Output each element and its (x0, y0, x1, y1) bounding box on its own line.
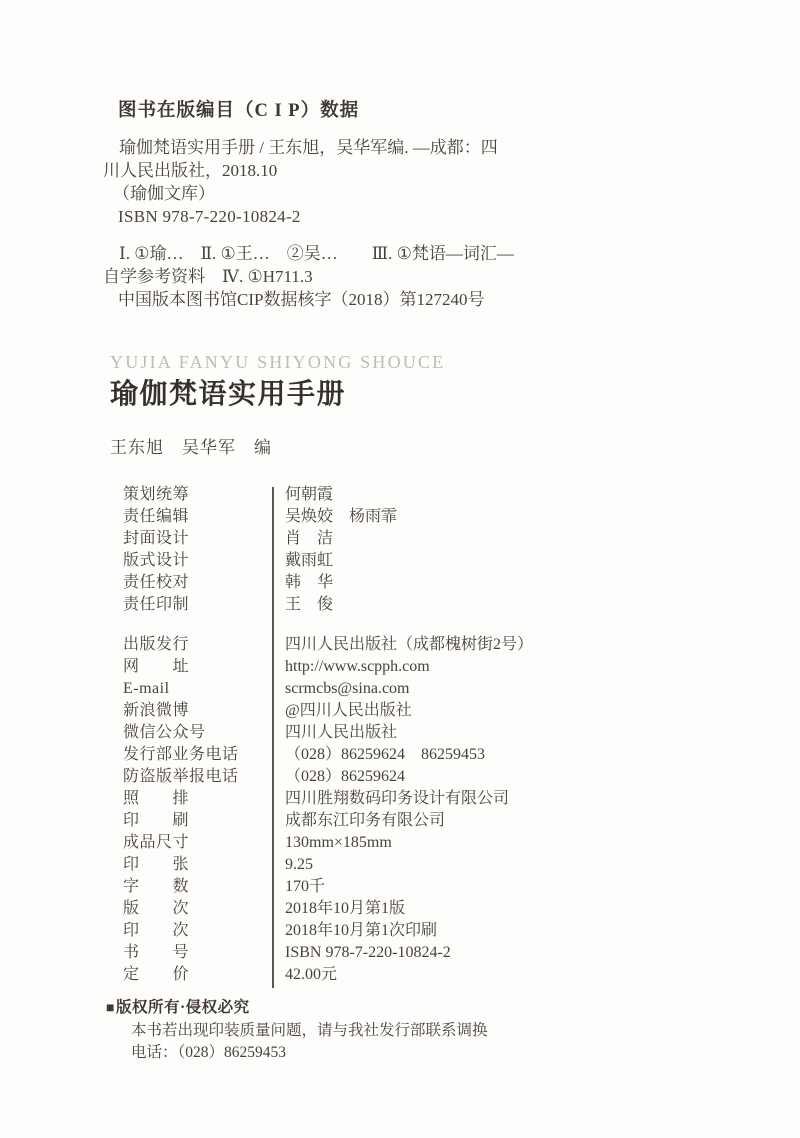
colophon-row: 责任编辑吴焕姣 杨雨霏 (123, 506, 703, 528)
column-divider-line (272, 487, 274, 988)
colophon-label: 微信公众号 (123, 722, 285, 744)
colophon-label: 印 次 (123, 920, 285, 942)
book-title: 瑜伽梵语实用手册 (110, 378, 445, 412)
text-line: ISBN 978-7-220-10824-2 (103, 205, 655, 228)
colophon-row: 书 号ISBN 978-7-220-10824-2 (123, 942, 703, 964)
colophon-row: 印 刷成都东江印务有限公司 (123, 810, 703, 832)
colophon-label: 策划统筹 (123, 484, 285, 506)
colophon-value: 吴焕姣 杨雨霏 (285, 506, 397, 528)
colophon-row: 照 排四川胜翔数码印务设计有限公司 (123, 788, 703, 810)
cip-classification: Ⅰ. ①瑜… Ⅱ. ①王… ②吴… Ⅲ. ①梵语—词汇—自学参考资料 Ⅳ. ①H… (103, 242, 655, 288)
colophon-value: scrmcbs@sina.com (285, 678, 409, 700)
legal-notice-block: ■版权所有·侵权必究 本书若出现印装质量问题，请与我社发行部联系调换 电话：（0… (106, 997, 488, 1064)
colophon-row: 版式设计戴雨虹 (123, 550, 703, 572)
colophon-row: 定 价42.00元 (123, 964, 703, 986)
colophon-label: 版 次 (123, 898, 285, 920)
authors-line: 王东旭 吴华军 编 (110, 433, 445, 458)
text-line: 川人民出版社，2018.10 (103, 159, 655, 182)
publishing-section: 出版发行四川人民出版社（成都槐树街2号）网 址http://www.scpph.… (123, 634, 703, 986)
colophon-row: 印 次2018年10月第1次印刷 (123, 920, 703, 942)
colophon-row: 防盗版举报电话（028）86259624 (123, 766, 703, 788)
colophon-label: E-mail (123, 678, 285, 700)
colophon-row: 成品尺寸130mm×185mm (123, 832, 703, 854)
text-line: 自学参考资料 Ⅳ. ①H711.3 (103, 265, 655, 288)
credits-section: 策划统筹何朝霞责任编辑吴焕姣 杨雨霏封面设计肖 洁版式设计戴雨虹责任校对韩 华责… (123, 484, 703, 616)
colophon-label: 成品尺寸 (123, 832, 285, 854)
colophon-value: 2018年10月第1次印刷 (285, 920, 437, 942)
text-line: （瑜伽文库） (103, 182, 655, 205)
colophon-label: 新浪微博 (123, 700, 285, 722)
cip-registry-number: 中国版本图书馆CIP数据核字（2018）第127240号 (103, 288, 655, 311)
colophon-label: 发行部业务电话 (123, 744, 285, 766)
colophon-value: 戴雨虹 (285, 550, 333, 572)
colophon-table: 策划统筹何朝霞责任编辑吴焕姣 杨雨霏封面设计肖 洁版式设计戴雨虹责任校对韩 华责… (123, 484, 703, 986)
colophon-value: 肖 洁 (285, 528, 333, 550)
colophon-value: （028）86259624 86259453 (285, 744, 485, 766)
colophon-label: 网 址 (123, 656, 285, 678)
copyright-notice-text: 版权所有·侵权必究 (116, 999, 250, 1016)
colophon-row: 微信公众号四川人民出版社 (123, 722, 703, 744)
cip-heading: 图书在版编目（C I P）数据 (103, 96, 655, 122)
colophon-label: 照 排 (123, 788, 285, 810)
colophon-label: 防盗版举报电话 (123, 766, 285, 788)
colophon-label: 封面设计 (123, 528, 285, 550)
colophon-value: 王 俊 (285, 594, 333, 616)
colophon-value: （028）86259624 (285, 766, 405, 788)
colophon-row: E-mailscrmcbs@sina.com (123, 678, 703, 700)
quality-notice: 本书若出现印装质量问题，请与我社发行部联系调换 (106, 1020, 488, 1042)
colophon-value: ISBN 978-7-220-10824-2 (285, 942, 451, 964)
text-line: Ⅰ. ①瑜… Ⅱ. ①王… ②吴… Ⅲ. ①梵语—词汇— (103, 242, 655, 265)
colophon-row: 网 址http://www.scpph.com (123, 656, 703, 678)
colophon-label: 字 数 (123, 876, 285, 898)
colophon-label: 书 号 (123, 942, 285, 964)
cip-record: 瑜伽梵语实用手册 / 王东旭，吴华军编. —成都：四川人民出版社，2018.10… (103, 136, 655, 228)
colophon-row: 版 次2018年10月第1版 (123, 898, 703, 920)
colophon-value: 成都东江印务有限公司 (285, 810, 445, 832)
colophon-value: 四川人民出版社 (285, 722, 397, 744)
colophon-row: 封面设计肖 洁 (123, 528, 703, 550)
colophon-label: 定 价 (123, 964, 285, 986)
colophon-row: 印 张9.25 (123, 854, 703, 876)
copyright-notice: ■版权所有·侵权必究 (106, 997, 488, 1020)
colophon-label: 出版发行 (123, 634, 285, 656)
colophon-value: 130mm×185mm (285, 832, 392, 854)
colophon-label: 版式设计 (123, 550, 285, 572)
colophon-value: @四川人民出版社 (285, 700, 412, 722)
colophon-label: 责任编辑 (123, 506, 285, 528)
colophon-row: 责任校对韩 华 (123, 572, 703, 594)
colophon-value: 四川胜翔数码印务设计有限公司 (285, 788, 509, 810)
colophon-row: 责任印制王 俊 (123, 594, 703, 616)
colophon-label: 责任印制 (123, 594, 285, 616)
text-line: 瑜伽梵语实用手册 / 王东旭，吴华军编. —成都：四 (103, 136, 655, 159)
colophon-label: 印 刷 (123, 810, 285, 832)
colophon-value: 9.25 (285, 854, 313, 876)
masthead: YUJIA FANYU SHIYONG SHOUCE 瑜伽梵语实用手册 王东旭 … (110, 351, 445, 458)
colophon-label: 责任校对 (123, 572, 285, 594)
title-pinyin: YUJIA FANYU SHIYONG SHOUCE (110, 351, 445, 373)
contact-phone: 电话：（028）86259453 (106, 1042, 488, 1064)
square-bullet-icon: ■ (106, 1001, 115, 1016)
colophon-row: 出版发行四川人民出版社（成都槐树街2号） (123, 634, 703, 656)
colophon-value: 2018年10月第1版 (285, 898, 405, 920)
cip-block: 图书在版编目（C I P）数据 瑜伽梵语实用手册 / 王东旭，吴华军编. —成都… (103, 96, 655, 311)
colophon-row: 发行部业务电话（028）86259624 86259453 (123, 744, 703, 766)
colophon-value: 42.00元 (285, 964, 337, 986)
colophon-value: 韩 华 (285, 572, 333, 594)
colophon-value: http://www.scpph.com (285, 656, 430, 678)
colophon-row: 字 数170千 (123, 876, 703, 898)
colophon-label: 印 张 (123, 854, 285, 876)
colophon-value: 170千 (285, 876, 325, 898)
colophon-value: 何朝霞 (285, 484, 333, 506)
book-copyright-page: 图书在版编目（C I P）数据 瑜伽梵语实用手册 / 王东旭，吴华军编. —成都… (0, 0, 800, 1138)
colophon-row: 新浪微博@四川人民出版社 (123, 700, 703, 722)
colophon-row: 策划统筹何朝霞 (123, 484, 703, 506)
colophon-value: 四川人民出版社（成都槐树街2号） (285, 634, 533, 656)
